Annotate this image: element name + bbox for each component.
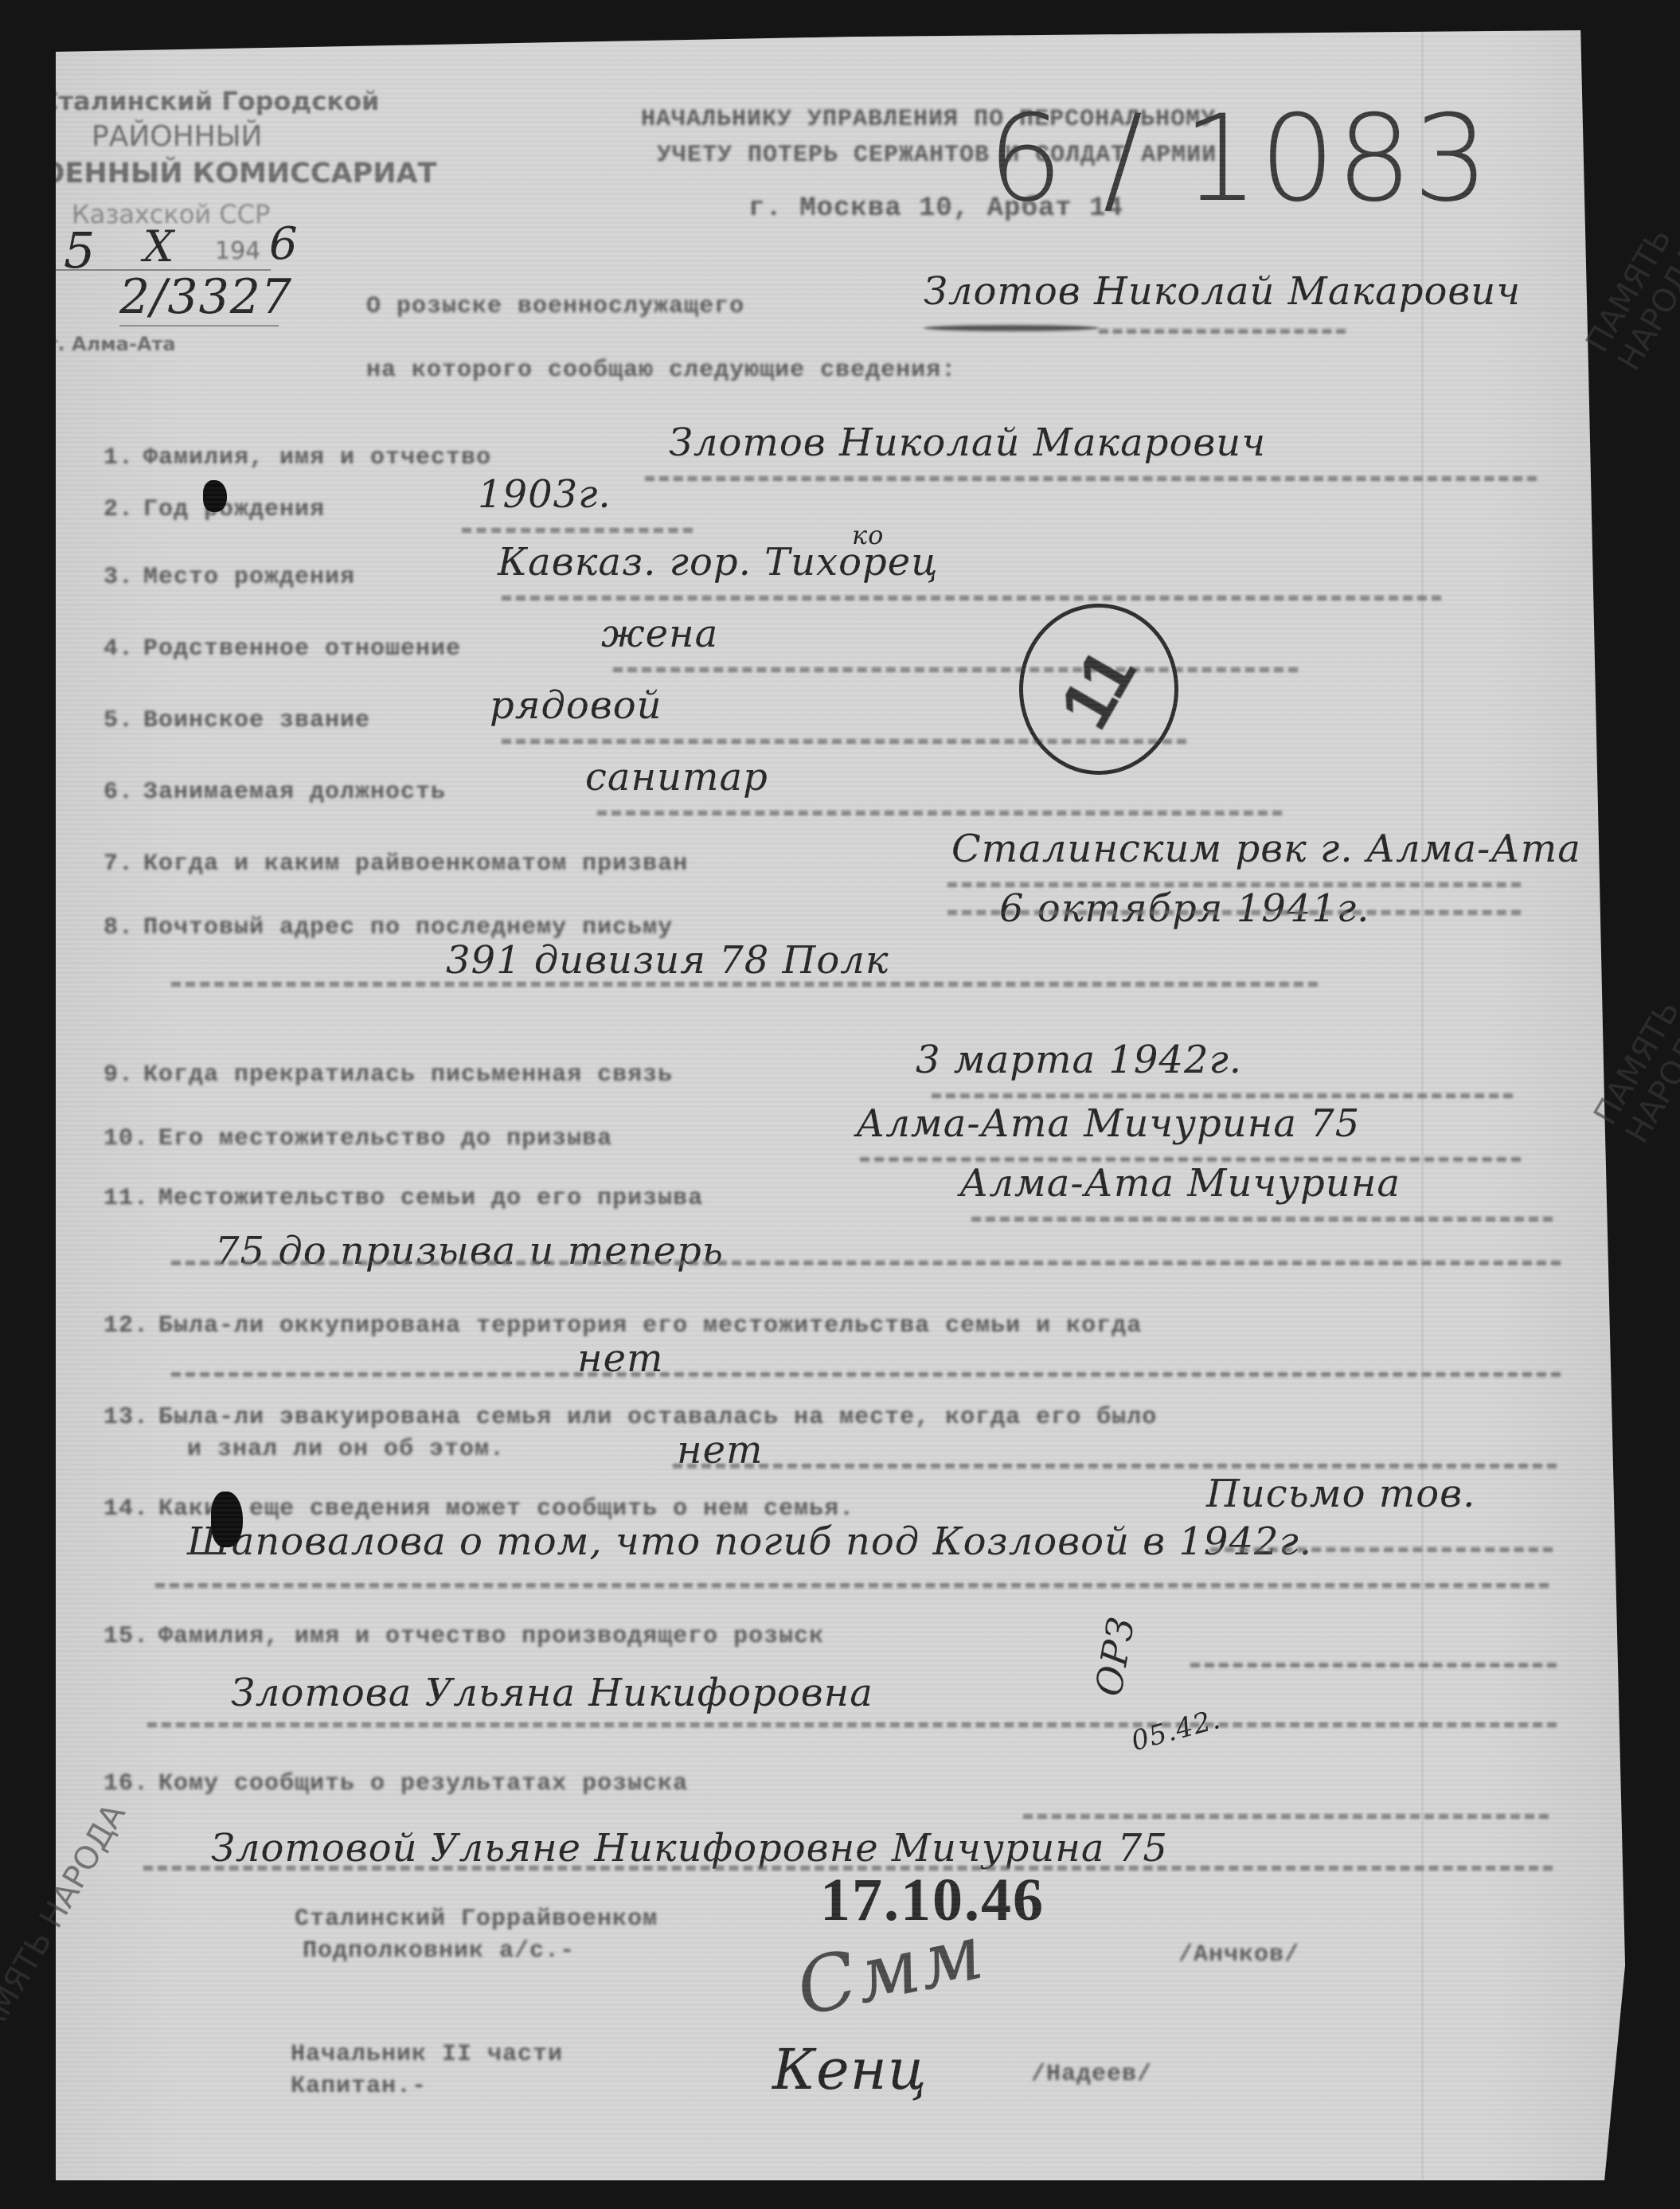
item-value[interactable]: 391 дивизия 78 Полк xyxy=(446,938,889,983)
fill-line xyxy=(1190,1663,1557,1668)
item-number: 10. xyxy=(104,1125,149,1152)
intro-subject-name[interactable]: Злотов Николай Макарович xyxy=(924,269,1521,314)
item-number: 14. xyxy=(104,1495,149,1523)
item-number: 16. xyxy=(104,1770,149,1797)
sig2-signature[interactable]: Кенц xyxy=(772,2037,928,2102)
margin-date[interactable]: 05.42. xyxy=(1128,1703,1225,1757)
fill-line xyxy=(947,910,1521,915)
item-label: Воинское звание xyxy=(143,707,370,734)
fill-line xyxy=(597,811,1282,815)
item-value[interactable]: Сталинским рвк г. Алма-Ата xyxy=(951,827,1581,871)
item-number: 6. xyxy=(104,779,134,806)
item-value[interactable]: жена xyxy=(601,612,718,656)
item-number: 2. xyxy=(104,496,134,523)
item-value-cont[interactable]: 75 до призыва и теперь xyxy=(215,1229,724,1273)
document-sheet: Сталинский Городской РАЙОННЫЙ ВОЕННЫЙ КО… xyxy=(56,30,1644,2180)
item-number: 11. xyxy=(104,1185,149,1212)
fill-line xyxy=(613,667,1298,672)
fill-line xyxy=(1023,1814,1549,1819)
watermark: ПАМЯТЬ НАРОДА xyxy=(1579,222,1680,377)
item-label: Когда и каким райвоенкоматом призван xyxy=(143,850,688,878)
sig2-name: /Надеев/ xyxy=(1031,2061,1152,2088)
item-label: Какие еще сведения может сообщить о нем … xyxy=(158,1495,854,1523)
item-number: 9. xyxy=(104,1061,134,1089)
item-number: 4. xyxy=(104,635,134,663)
item-value[interactable]: 1903г. xyxy=(478,472,611,517)
item-number: 12. xyxy=(104,1312,149,1339)
stamp-line-2: РАЙОННЫЙ xyxy=(92,120,262,153)
stamp-city: г. Алма-Ата xyxy=(48,333,176,355)
fill-line xyxy=(171,982,1318,987)
circle-stamp-number: 11 xyxy=(1045,636,1154,743)
file-number-handwritten[interactable]: 6 / 1083 xyxy=(987,90,1490,229)
stamp-date-month[interactable]: X xyxy=(143,221,174,272)
fill-line xyxy=(147,1722,1557,1727)
item-number: 13. xyxy=(104,1404,149,1431)
sig1-title-2: Подполковник а/с.- xyxy=(303,1937,575,1965)
item-label: Была-ли эвакуирована семья или оставалас… xyxy=(158,1404,1157,1431)
sig1-title-1: Сталинский Горрайвоенком xyxy=(295,1906,658,1933)
sig1-signature[interactable]: Смм xyxy=(789,1907,991,2034)
stamp-number[interactable]: 2/3327 xyxy=(119,269,292,325)
intro-typed-1: О розыске военнослужащего xyxy=(366,293,744,320)
item-label: Кому сообщить о результатах розыска xyxy=(158,1770,688,1797)
fill-line xyxy=(462,528,693,533)
item-value[interactable]: Алма-Ата Мичурина 75 xyxy=(856,1101,1360,1146)
sig2-title-1: Начальник II части xyxy=(291,2041,563,2068)
sig1-name: /Анчков/ xyxy=(1178,1941,1299,1969)
item-value[interactable]: 3 марта 1942г. xyxy=(916,1038,1242,1082)
fill-line xyxy=(502,596,1441,600)
fill-line xyxy=(171,1372,1561,1377)
item-value[interactable]: рядовой xyxy=(490,683,662,728)
item-value[interactable]: Письмо тов. xyxy=(1206,1472,1475,1516)
item-value[interactable]: Злотовой Ульяне Никифоровне Мичурина 75 xyxy=(211,1826,1168,1871)
item-number: 8. xyxy=(104,914,134,941)
fill-line xyxy=(171,1261,1561,1265)
item-value[interactable]: Злотова Ульяна Никифоровна xyxy=(231,1671,873,1715)
stamp-date-prefix: « xyxy=(16,233,31,261)
fill-line xyxy=(932,1093,1513,1098)
fill-line xyxy=(1210,1547,1553,1552)
item-label: Родственное отношение xyxy=(143,635,461,663)
item-label: Занимаемая должность xyxy=(143,779,446,806)
stamp-date-day[interactable]: 5 xyxy=(64,221,96,280)
item-label: Его местожительство до призыва xyxy=(158,1125,612,1152)
stamp-date-year-hand[interactable]: 6 xyxy=(269,218,299,270)
subject-fill-line xyxy=(1099,329,1346,334)
item-label: Почтовый адрес по последнему письму xyxy=(143,914,673,941)
stamp-date-year-printed: 194 xyxy=(215,237,260,265)
item-number: 5. xyxy=(104,707,134,734)
item-label: Год рождения xyxy=(143,496,325,523)
intro-typed-2: на которого сообщаю следующие сведения: xyxy=(366,357,956,384)
item-label: Когда прекратилась письменная связь xyxy=(143,1061,673,1089)
paper-fold xyxy=(1421,30,1424,2180)
item-label-cont: и знал ли он об этом. xyxy=(187,1436,505,1463)
sig2-title-2: Капитан.- xyxy=(291,2073,427,2100)
item-value-note[interactable]: ко xyxy=(852,520,884,550)
item-value[interactable]: Алма-Ата Мичурина xyxy=(959,1161,1401,1206)
item-number: 7. xyxy=(104,850,134,878)
item-value-cont[interactable]: 6 октября 1941г. xyxy=(999,886,1369,931)
circle-stamp: 11 xyxy=(1019,604,1178,775)
margin-initials[interactable]: ОРЗ xyxy=(1087,1613,1143,1699)
stamp-line-1: Сталинский Городской xyxy=(40,86,379,116)
item-number: 1. xyxy=(104,444,134,471)
fill-line xyxy=(645,476,1537,481)
item-label: Была-ли оккупирована территория его мест… xyxy=(158,1312,1142,1339)
item-label: Фамилия, имя и отчество производящего ро… xyxy=(158,1623,824,1650)
stamp-line-3: ВОЕННЫЙ КОМИССАРИАТ xyxy=(20,158,437,190)
item-label: Местожительство семьи до его призыва xyxy=(158,1185,703,1212)
fill-line xyxy=(155,1583,1549,1588)
item-value-cont[interactable]: Шаповалова о том, что погиб под Козловой… xyxy=(187,1519,1312,1564)
fill-line xyxy=(947,882,1521,887)
item-value[interactable]: санитар xyxy=(585,755,768,800)
item-label: Фамилия, имя и отчество xyxy=(143,444,491,471)
ink-blot xyxy=(211,1492,243,1547)
fill-line xyxy=(673,1464,1557,1468)
fill-line xyxy=(971,1217,1553,1222)
item-label: Место рождения xyxy=(143,564,355,591)
item-number: 15. xyxy=(104,1623,149,1650)
stamp-number-line xyxy=(119,325,279,326)
ink-blot xyxy=(203,480,227,512)
item-number: 3. xyxy=(104,564,134,591)
subject-underline xyxy=(924,325,1099,331)
item-value[interactable]: Злотов Николай Макарович xyxy=(669,420,1266,465)
stamp-number-prefix: № xyxy=(32,289,53,313)
